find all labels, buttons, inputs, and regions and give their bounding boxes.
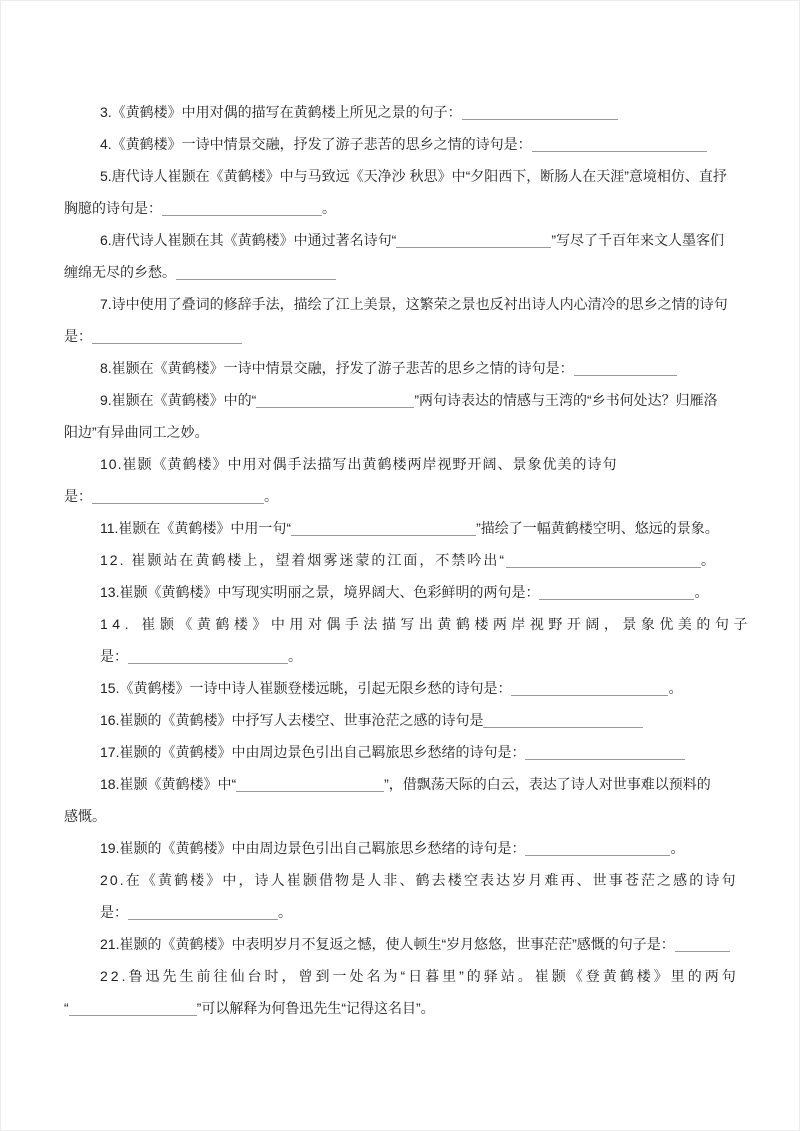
- text-line: 感慨。: [64, 800, 736, 832]
- question-16: 16.崔颢的《黄鹤楼》中抒写人去楼空、世事沧茫之感的诗句是: [64, 704, 736, 736]
- question-10: 10.崔颢《黄鹤楼》中用对偶手法描写出黄鹤楼两岸视野开阔、景象优美的诗句是：。: [64, 448, 736, 512]
- question-text: 21.崔颢的《黄鹤楼》中表明岁月不复返之憾，使人顿生“岁月悠悠，世事茫茫”感慨的…: [100, 936, 675, 952]
- text-line: “”可以解释为何鲁迅先生“记得这名目”。: [64, 992, 736, 1024]
- text-line: 是：: [64, 320, 736, 352]
- text-line: 13.崔颢《黄鹤楼》中写现实明丽之景，境界阔大、色彩鲜明的两句是：。: [64, 576, 736, 608]
- answer-blank[interactable]: [128, 905, 278, 920]
- answer-blank[interactable]: [462, 105, 618, 120]
- question-22: 22.鲁迅先生前往仙台时，曾到一处名为“日暮里”的驿站。崔颢《登黄鹤楼》里的两句…: [64, 960, 736, 1024]
- question-text: 。: [694, 584, 708, 600]
- question-11: 11.崔颢在《黄鹤楼》中用一句“”描绘了一幅黄鹤楼空明、悠远的景象。: [64, 512, 736, 544]
- question-text: 9.崔颢在《黄鹤楼》中的“: [100, 392, 256, 408]
- text-line: 9.崔颢在《黄鹤楼》中的“”两句诗表达的情感与王湾的“乡书何处达？归雁洛: [64, 384, 736, 416]
- answer-blank[interactable]: [69, 1001, 197, 1016]
- answer-blank[interactable]: [256, 393, 414, 408]
- text-line: 16.崔颢的《黄鹤楼》中抒写人去楼空、世事沧茫之感的诗句是: [64, 704, 736, 736]
- question-text: 13.崔颢《黄鹤楼》中写现实明丽之景，境界阔大、色彩鲜明的两句是：: [100, 584, 539, 600]
- question-text: 。: [278, 904, 292, 920]
- question-text: 5.唐代诗人崔颢在《黄鹤楼》中与马致远《天净沙 秋思》中“夕阳西下，断肠人在天涯…: [100, 168, 727, 184]
- question-3: 3.《黄鹤楼》中用对偶的描写在黄鹤楼上所见之景的句子：: [64, 96, 736, 128]
- question-4: 4.《黄鹤楼》一诗中情景交融，抒发了游子悲苦的思乡之情的诗句是：: [64, 128, 736, 160]
- answer-blank[interactable]: [675, 937, 730, 952]
- answer-blank[interactable]: [525, 841, 670, 856]
- question-text: 18.崔颢《黄鹤楼》中“: [100, 776, 236, 792]
- text-line: 11.崔颢在《黄鹤楼》中用一句“”描绘了一幅黄鹤楼空明、悠远的景象。: [64, 512, 736, 544]
- question-14: 14. 崔颢《黄鹤楼》中用对偶手法描写出黄鹤楼两岸视野开阔，景象优美的句子是：。: [64, 608, 736, 672]
- text-line: 是：。: [64, 896, 736, 928]
- text-line: 6.唐代诗人崔颢在其《黄鹤楼》中通过著名诗句“”写尽了千百年来文人墨客们: [64, 224, 736, 256]
- answer-blank[interactable]: [236, 777, 384, 792]
- question-21: 21.崔颢的《黄鹤楼》中表明岁月不复返之憾，使人顿生“岁月悠悠，世事茫茫”感慨的…: [64, 928, 736, 960]
- text-line: 4.《黄鹤楼》一诗中情景交融，抒发了游子悲苦的思乡之情的诗句是：: [64, 128, 736, 160]
- question-text: 。: [264, 488, 278, 504]
- question-text: 是：: [100, 648, 128, 664]
- text-line: 缠绵无尽的乡愁。: [64, 256, 736, 288]
- document-body: 3.《黄鹤楼》中用对偶的描写在黄鹤楼上所见之景的句子：4.《黄鹤楼》一诗中情景交…: [0, 0, 800, 1024]
- question-text: 20.在《黄鹤楼》中，诗人崔颢借物是人非、鹤去楼空表达岁月难再、世事苍茫之感的诗…: [100, 872, 738, 888]
- text-line: 19.崔颢的《黄鹤楼》中由周边景色引出自己羁旅思乡愁绪的诗句是：。: [64, 832, 736, 864]
- question-6: 6.唐代诗人崔颢在其《黄鹤楼》中通过著名诗句“”写尽了千百年来文人墨客们缠绵无尽…: [64, 224, 736, 288]
- question-text: ”两句诗表达的情感与王湾的“乡书何处达？归雁洛: [414, 392, 717, 408]
- question-text: 17.崔颢的《黄鹤楼》中由周边景色引出自己羁旅思乡愁绪的诗句是：: [100, 744, 525, 760]
- question-text: 。: [322, 200, 336, 216]
- question-text: 3.《黄鹤楼》中用对偶的描写在黄鹤楼上所见之景的句子：: [100, 104, 462, 120]
- text-line: 8.崔颢在《黄鹤楼》一诗中情景交融，抒发了游子悲苦的思乡之情的诗句是：: [64, 352, 736, 384]
- text-line: 3.《黄鹤楼》中用对偶的描写在黄鹤楼上所见之景的句子：: [64, 96, 736, 128]
- question-text: 缠绵无尽的乡愁。: [64, 264, 176, 280]
- answer-blank[interactable]: [396, 233, 551, 248]
- answer-blank[interactable]: [574, 361, 677, 376]
- text-line: 12. 崔颢站在黄鹤楼上，望着烟雾迷蒙的江面，不禁吟出“。: [64, 544, 736, 576]
- question-text: ”写尽了千百年来文人墨客们: [551, 232, 724, 248]
- text-line: 20.在《黄鹤楼》中，诗人崔颢借物是人非、鹤去楼空表达岁月难再、世事苍茫之感的诗…: [64, 864, 736, 896]
- question-text: 。: [670, 840, 684, 856]
- question-text: 是：: [100, 904, 128, 920]
- text-line: 5.唐代诗人崔颢在《黄鹤楼》中与马致远《天净沙 秋思》中“夕阳西下，断肠人在天涯…: [64, 160, 736, 192]
- question-text: 22.鲁迅先生前往仙台时，曾到一处名为“日暮里”的驿站。崔颢《登黄鹤楼》里的两句: [100, 968, 739, 984]
- question-text: 11.崔颢在《黄鹤楼》中用一句“: [100, 520, 291, 536]
- question-text: 4.《黄鹤楼》一诗中情景交融，抒发了游子悲苦的思乡之情的诗句是：: [100, 136, 532, 152]
- question-text: 。: [668, 680, 682, 696]
- text-line: 是：。: [64, 480, 736, 512]
- text-line: 21.崔颢的《黄鹤楼》中表明岁月不复返之憾，使人顿生“岁月悠悠，世事茫茫”感慨的…: [64, 928, 736, 960]
- question-text: 胸臆的诗句是：: [64, 200, 162, 216]
- text-line: 15.《黄鹤楼》一诗中诗人崔颢登楼远眺，引起无限乡愁的诗句是：。: [64, 672, 736, 704]
- question-text: 是：: [64, 328, 92, 344]
- question-text: 16.崔颢的《黄鹤楼》中抒写人去楼空、世事沧茫之感的诗句是: [100, 712, 483, 728]
- text-line: 阳边”有异曲同工之妙。: [64, 416, 736, 448]
- question-7: 7.诗中使用了叠词的修辞手法，描绘了江上美景，这繁荣之景也反衬出诗人内心清冷的思…: [64, 288, 736, 352]
- answer-blank[interactable]: [511, 681, 668, 696]
- question-text: 7.诗中使用了叠词的修辞手法，描绘了江上美景，这繁荣之景也反衬出诗人内心清冷的思…: [100, 296, 728, 312]
- question-text: 14. 崔颢《黄鹤楼》中用对偶手法描写出黄鹤楼两岸视野开阔，景象优美的句子: [100, 616, 752, 632]
- question-19: 19.崔颢的《黄鹤楼》中由周边景色引出自己羁旅思乡愁绪的诗句是：。: [64, 832, 736, 864]
- question-text: 阳边”有异曲同工之妙。: [64, 424, 209, 440]
- question-text: 19.崔颢的《黄鹤楼》中由周边景色引出自己羁旅思乡愁绪的诗句是：: [100, 840, 525, 856]
- question-text: ”可以解释为何鲁迅先生“记得这名目”。: [197, 1000, 435, 1016]
- question-9: 9.崔颢在《黄鹤楼》中的“”两句诗表达的情感与王湾的“乡书何处达？归雁洛阳边”有…: [64, 384, 736, 448]
- answer-blank[interactable]: [525, 745, 685, 760]
- question-20: 20.在《黄鹤楼》中，诗人崔颢借物是人非、鹤去楼空表达岁月难再、世事苍茫之感的诗…: [64, 864, 736, 928]
- question-text: 12. 崔颢站在黄鹤楼上，望着烟雾迷蒙的江面，不禁吟出“: [100, 552, 506, 568]
- text-line: 17.崔颢的《黄鹤楼》中由周边景色引出自己羁旅思乡愁绪的诗句是：: [64, 736, 736, 768]
- text-line: 14. 崔颢《黄鹤楼》中用对偶手法描写出黄鹤楼两岸视野开阔，景象优美的句子: [64, 608, 736, 640]
- question-text: 10.崔颢《黄鹤楼》中用对偶手法描写出黄鹤楼两岸视野开阔、景象优美的诗句: [100, 456, 617, 472]
- answer-blank[interactable]: [176, 265, 336, 280]
- question-8: 8.崔颢在《黄鹤楼》一诗中情景交融，抒发了游子悲苦的思乡之情的诗句是：: [64, 352, 736, 384]
- question-12: 12. 崔颢站在黄鹤楼上，望着烟雾迷蒙的江面，不禁吟出“。: [64, 544, 736, 576]
- answer-blank[interactable]: [92, 489, 264, 504]
- question-text: 。: [701, 552, 717, 568]
- question-text: ”，借飘荡天际的白云，表达了诗人对世事难以预料的: [384, 776, 711, 792]
- question-17: 17.崔颢的《黄鹤楼》中由周边景色引出自己羁旅思乡愁绪的诗句是：: [64, 736, 736, 768]
- text-line: 胸臆的诗句是：。: [64, 192, 736, 224]
- question-text: 是：: [64, 488, 92, 504]
- text-line: 7.诗中使用了叠词的修辞手法，描绘了江上美景，这繁荣之景也反衬出诗人内心清冷的思…: [64, 288, 736, 320]
- question-text: 感慨。: [64, 808, 106, 824]
- answer-blank[interactable]: [539, 585, 694, 600]
- text-line: 18.崔颢《黄鹤楼》中“”，借飘荡天际的白云，表达了诗人对世事难以预料的: [64, 768, 736, 800]
- text-line: 22.鲁迅先生前往仙台时，曾到一处名为“日暮里”的驿站。崔颢《登黄鹤楼》里的两句: [64, 960, 736, 992]
- document-page: 3.《黄鹤楼》中用对偶的描写在黄鹤楼上所见之景的句子：4.《黄鹤楼》一诗中情景交…: [0, 0, 800, 1131]
- question-text: 8.崔颢在《黄鹤楼》一诗中情景交融，抒发了游子悲苦的思乡之情的诗句是：: [100, 360, 574, 376]
- question-text: 15.《黄鹤楼》一诗中诗人崔颢登楼远眺，引起无限乡愁的诗句是：: [100, 680, 511, 696]
- question-18: 18.崔颢《黄鹤楼》中“”，借飘荡天际的白云，表达了诗人对世事难以预料的感慨。: [64, 768, 736, 832]
- text-line: 是：。: [64, 640, 736, 672]
- question-13: 13.崔颢《黄鹤楼》中写现实明丽之景，境界阔大、色彩鲜明的两句是：。: [64, 576, 736, 608]
- answer-blank[interactable]: [162, 201, 322, 216]
- answer-blank[interactable]: [128, 649, 288, 664]
- answer-blank[interactable]: [291, 521, 476, 536]
- question-text: 6.唐代诗人崔颢在其《黄鹤楼》中通过著名诗句“: [100, 232, 396, 248]
- question-text: ”描绘了一幅黄鹤楼空明、悠远的景象。: [476, 520, 719, 536]
- answer-blank[interactable]: [483, 713, 643, 728]
- question-5: 5.唐代诗人崔颢在《黄鹤楼》中与马致远《天净沙 秋思》中“夕阳西下，断肠人在天涯…: [64, 160, 736, 224]
- answer-blank[interactable]: [92, 329, 242, 344]
- text-line: 10.崔颢《黄鹤楼》中用对偶手法描写出黄鹤楼两岸视野开阔、景象优美的诗句: [64, 448, 736, 480]
- question-15: 15.《黄鹤楼》一诗中诗人崔颢登楼远眺，引起无限乡愁的诗句是：。: [64, 672, 736, 704]
- question-text: 。: [288, 648, 302, 664]
- answer-blank[interactable]: [532, 137, 707, 152]
- answer-blank[interactable]: [506, 553, 701, 568]
